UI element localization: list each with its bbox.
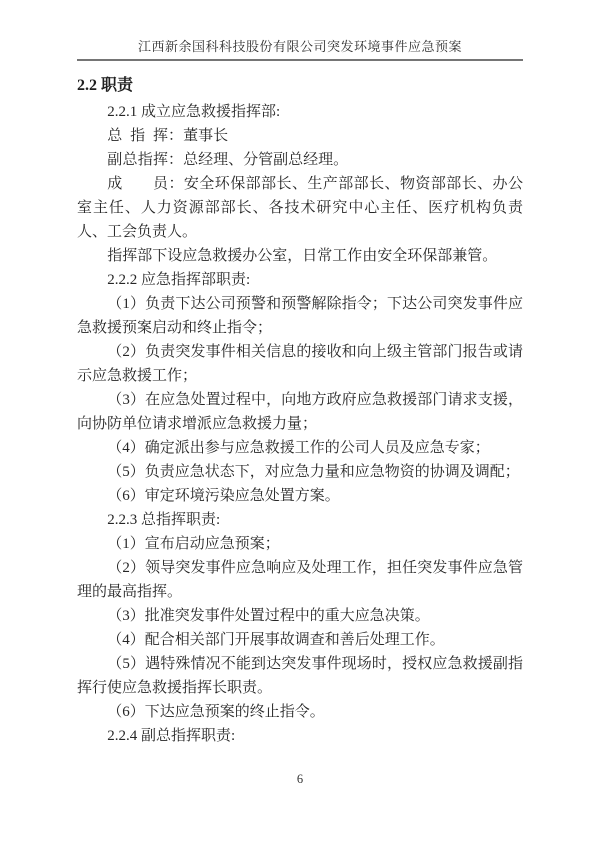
list-item: （4）确定派出参与应急救援工作的公司人员及应急专家； [77, 436, 523, 460]
header-title: 江西新余国科科技股份有限公司突发环境事件应急预案 [138, 39, 462, 54]
list-item: （3）在应急处置过程中，向地方政府应急救援部门请求支援，向协防单位请求增派应急救… [77, 388, 523, 436]
role-label: 副总指挥 [107, 148, 168, 172]
role-value: 董事长 [183, 128, 228, 144]
page-footer: 6 [0, 772, 600, 787]
role-line-members: 成员：安全环保部部长、生产部部长、物资部部长、办公室主任、人力资源部部长、各技术… [77, 172, 523, 244]
page-number: 6 [297, 772, 303, 786]
role-label: 总指挥 [107, 124, 168, 148]
list-item: （1）负责下达公司预警和预警解除指令；下达公司突发事件应急救援预案启动和终止指令… [77, 292, 523, 340]
paragraph: 2.2.1 成立应急救援指挥部: [77, 100, 523, 124]
subsection-heading: 2.2.4 副总指挥职责: [77, 724, 523, 748]
list-item: （4）配合相关部门开展事故调查和善后处理工作。 [77, 628, 523, 652]
subsection-heading: 2.2.3 总指挥职责: [77, 508, 523, 532]
role-separator: ： [168, 176, 184, 192]
document-body: 2.2 职责 2.2.1 成立应急救援指挥部: 总指挥：董事长 副总指挥：总经理… [77, 73, 523, 748]
section-heading: 2.2 职责 [77, 73, 523, 98]
role-separator: ： [168, 128, 183, 144]
role-separator: ： [168, 152, 183, 168]
role-label: 成员 [107, 172, 168, 196]
document-page: 江西新余国科科技股份有限公司突发环境事件应急预案 2.2 职责 2.2.1 成立… [0, 0, 600, 848]
list-item: （5）遇特殊情况不能到达突发事件现场时，授权应急救援副指挥行使应急救援指挥长职责… [77, 652, 523, 700]
list-item: （1）宣布启动应急预案； [77, 532, 523, 556]
list-item: （6）审定环境污染应急处置方案。 [77, 484, 523, 508]
list-item: （2）领导突发事件应急响应及处理工作，担任突发事件应急管理的最高指挥。 [77, 556, 523, 604]
paragraph: 指挥部下设应急救援办公室，日常工作由安全环保部兼管。 [77, 244, 523, 268]
list-item: （2）负责突发事件相关信息的接收和向上级主管部门报告或请示应急救援工作； [77, 340, 523, 388]
page-header: 江西新余国科科技股份有限公司突发环境事件应急预案 [77, 38, 523, 61]
subsection-heading: 2.2.2 应急指挥部职责: [77, 268, 523, 292]
role-line-commander: 总指挥：董事长 [77, 124, 523, 148]
role-value: 总经理、分管副总经理。 [183, 152, 348, 168]
role-line-deputy-commander: 副总指挥：总经理、分管副总经理。 [77, 148, 523, 172]
list-item: （3）批准突发事件处置过程中的重大应急决策。 [77, 604, 523, 628]
list-item: （5）负责应急状态下，对应急力量和应急物资的协调及调配； [77, 460, 523, 484]
list-item: （6）下达应急预案的终止指令。 [77, 700, 523, 724]
